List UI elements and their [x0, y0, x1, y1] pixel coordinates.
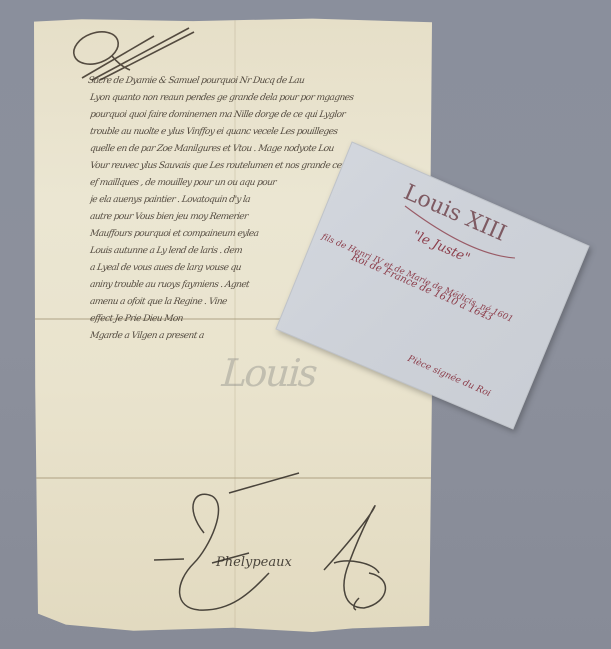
signature-icon: Phelypeaux [34, 18, 432, 632]
photograph: Sacre de Dyamie & Samuel pourquoi Nr Duc… [0, 0, 611, 649]
svg-text:Phelypeaux: Phelypeaux [215, 555, 292, 570]
manuscript-page: Sacre de Dyamie & Samuel pourquoi Nr Duc… [34, 18, 432, 632]
